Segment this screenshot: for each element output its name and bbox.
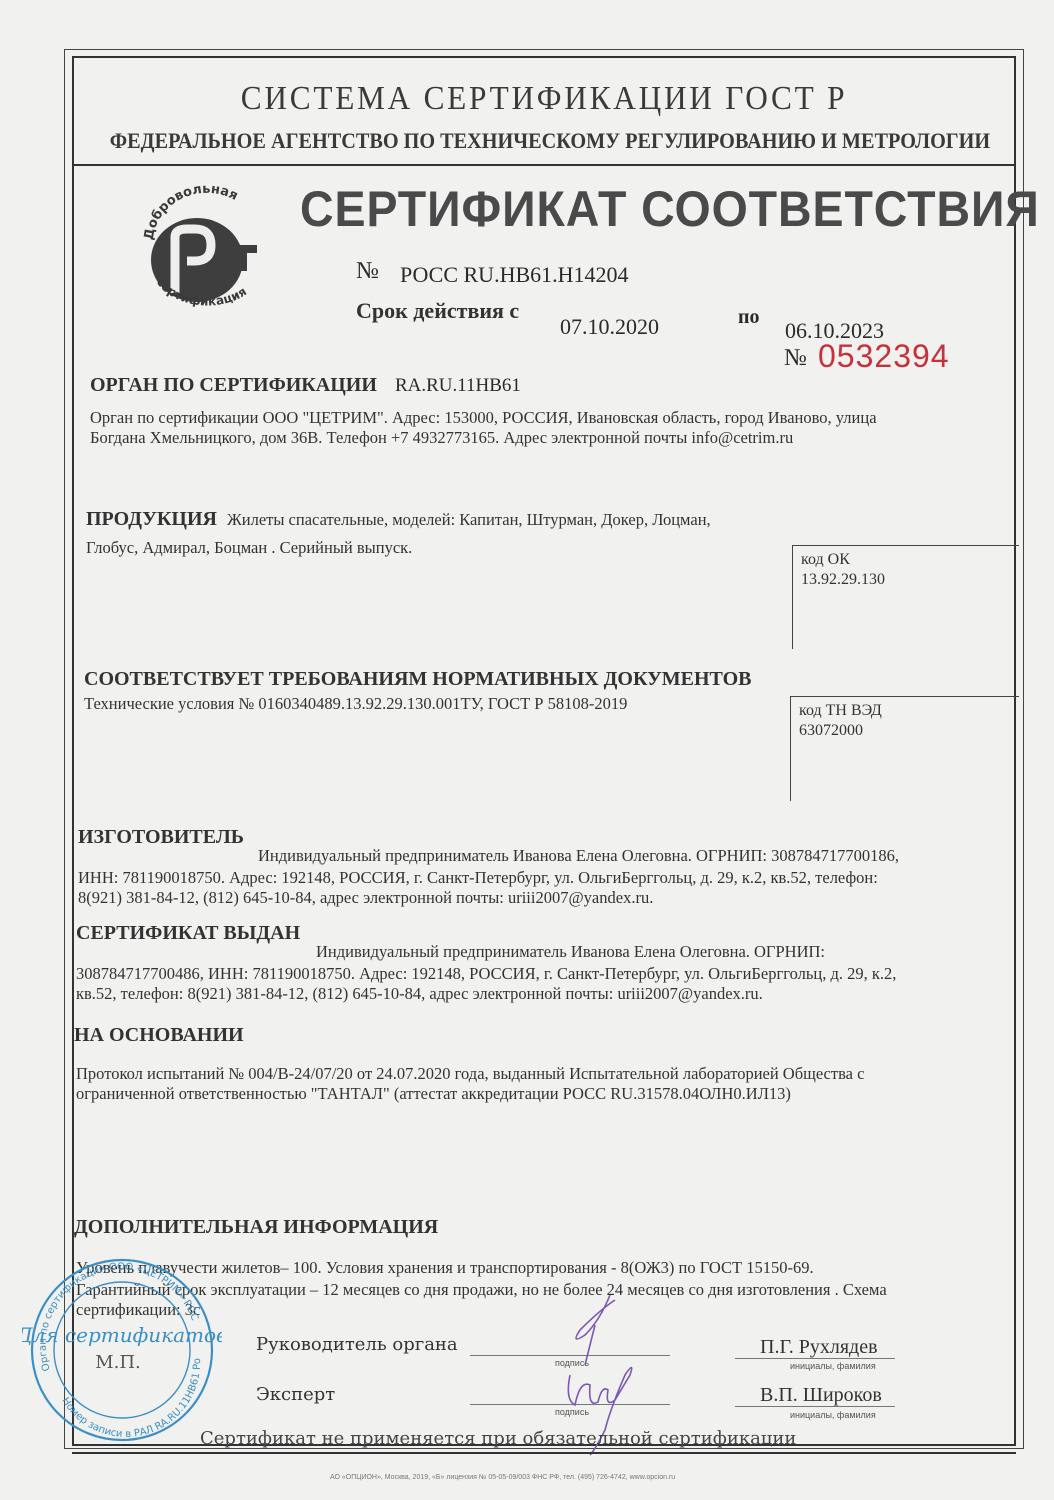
expert-name-caption: инициалы, фамилия <box>790 1410 876 1420</box>
system-title: СИСТЕМА СЕРТИФИКАЦИИ ГОСТ Р <box>110 80 978 118</box>
issued-to-line-3: кв.52, телефон: 8(921) 381-84-12, (812) … <box>76 984 763 1004</box>
certificate-title: СЕРТИФИКАТ СООТВЕТСТВИЯ <box>300 180 1040 238</box>
expert-label: Эксперт <box>256 1384 335 1405</box>
additional-info-heading: ДОПОЛНИТЕЛЬНАЯ ИНФОРМАЦИЯ <box>74 1216 438 1239</box>
number-label: № <box>356 258 379 285</box>
valid-from-date: 07.10.2020 <box>560 314 659 340</box>
voluntary-only-note: Сертификат не применяется при обязательн… <box>200 1428 796 1449</box>
manufacturer-line-1: Индивидуальный предприниматель Иванова Е… <box>258 846 899 866</box>
basis-heading: НА ОСНОВАНИИ <box>74 1024 244 1047</box>
ok-code-value: 13.92.29.130 <box>801 570 1011 590</box>
footer-divider <box>72 1452 1016 1454</box>
svg-text:Для сертификатов: Для сертификатов <box>22 1323 222 1347</box>
product-line-2: Глобус, Адмирал, Боцман . Серийный выпус… <box>86 538 412 558</box>
expert-name: В.П. Широков <box>760 1384 882 1407</box>
validity-label: Срок действия с <box>356 298 519 324</box>
tnved-code-box: код ТН ВЭД 63072000 <box>790 696 1019 801</box>
certification-body-stamp: Орган по сертификации ООО «ЦЕТРИМ» РОСС … <box>22 1250 222 1450</box>
cert-body-code: RA.RU.11НВ61 <box>395 375 521 396</box>
tnved-code-label: код ТН ВЭД <box>799 701 1011 721</box>
basis-line-2: ограниченной ответственностью "ТАНТАЛ" (… <box>76 1084 791 1104</box>
certificate-number: РОСС RU.НВ61.Н14204 <box>400 262 629 288</box>
product-section: ПРОДУКЦИЯ Жилеты спасательные, моделей: … <box>86 508 711 531</box>
basis-line-1: Протокол испытаний № 004/В-24/07/20 от 2… <box>76 1064 864 1084</box>
cert-body-heading: ОРГАН ПО СЕРТИФИКАЦИИ <box>90 374 377 396</box>
tnved-code-value: 63072000 <box>799 721 1011 741</box>
issued-to-heading: СЕРТИФИКАТ ВЫДАН <box>76 922 300 945</box>
blank-number-label: № <box>784 345 807 372</box>
conformity-line-1: Технические условия № 0160340489.13.92.2… <box>84 694 627 714</box>
issued-to-line-1: Индивидуальный предприниматель Иванова Е… <box>316 942 825 962</box>
product-line-1: Жилеты спасательные, моделей: Капитан, Ш… <box>227 510 711 529</box>
svg-text:М.П.: М.П. <box>95 1352 141 1373</box>
printer-imprint: АО «ОПЦИОН», Москва, 2019, «Б» лицензия … <box>330 1474 675 1481</box>
issued-to-line-2: 308784717700486, ИНН: 781190018750. Адре… <box>76 964 896 984</box>
conformity-heading: СООТВЕТСТВУЕТ ТРЕБОВАНИЯМ НОРМАТИВНЫХ ДО… <box>84 668 752 691</box>
cert-body-line-1: Орган по сертификации ООО "ЦЕТРИМ". Адре… <box>90 408 877 428</box>
ok-code-box: код ОК 13.92.29.130 <box>792 545 1019 649</box>
rst-logo-icon: Добровольная сертификация <box>135 185 275 315</box>
cert-body-section: ОРГАН ПО СЕРТИФИКАЦИИ RA.RU.11НВ61 <box>90 374 521 397</box>
head-of-body-name: П.Г. Рухлядев <box>760 1336 878 1359</box>
manufacturer-line-3: 8(921) 381-84-12, (812) 645-10-84, адрес… <box>78 888 653 908</box>
product-heading: ПРОДУКЦИЯ <box>86 508 217 530</box>
head-name-caption: инициалы, фамилия <box>790 1361 876 1371</box>
rst-voluntary-certification-logo: Добровольная сертификация <box>135 185 275 315</box>
manufacturer-line-2: ИНН: 781190018750. Адрес: 192148, РОССИЯ… <box>78 868 878 888</box>
cert-body-line-2: Богдана Хмельницкого, дом 36В. Телефон +… <box>90 428 793 448</box>
ok-code-label: код ОК <box>801 550 1011 570</box>
agency-name: ФЕДЕРАЛЬНОЕ АГЕНТСТВО ПО ТЕХНИЧЕСКОМУ РЕ… <box>110 128 978 154</box>
header-divider <box>72 164 1016 166</box>
valid-to-label: по <box>738 306 760 329</box>
head-of-body-label: Руководитель органа <box>256 1334 458 1355</box>
blank-serial-number: 0532394 <box>818 338 950 375</box>
manufacturer-heading: ИЗГОТОВИТЕЛЬ <box>78 826 244 849</box>
